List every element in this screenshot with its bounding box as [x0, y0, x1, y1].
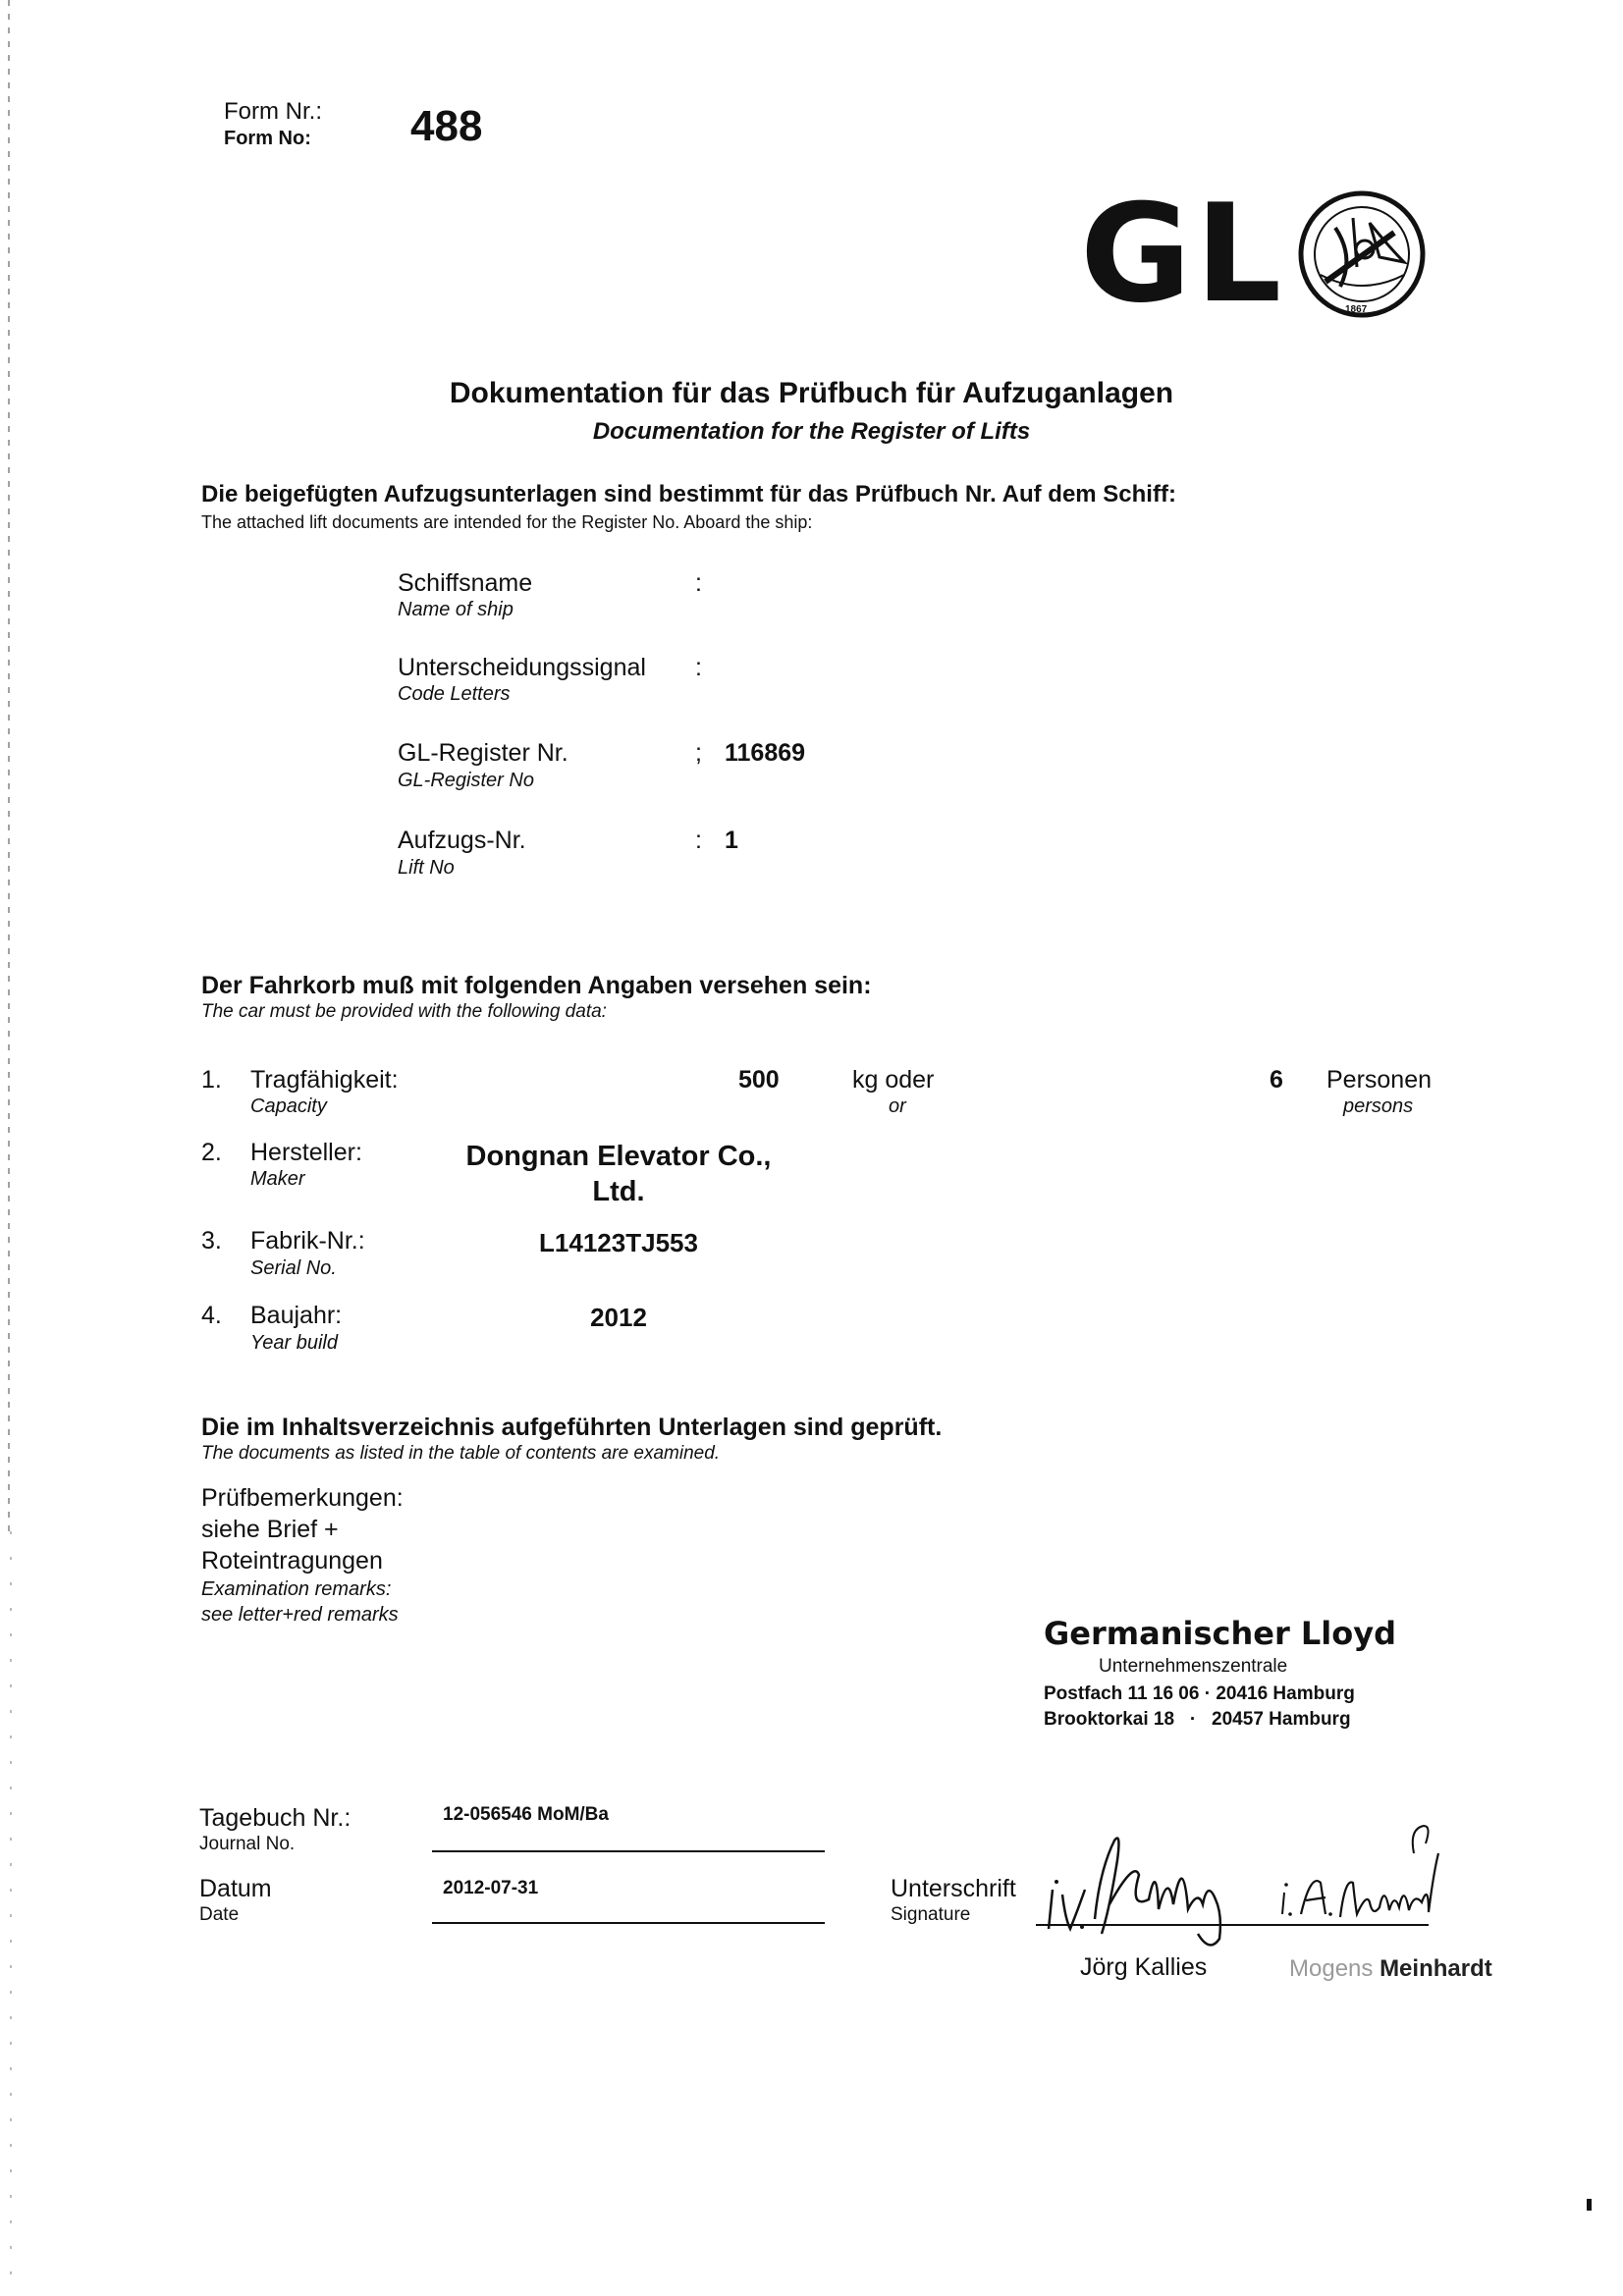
ship-name-separator: : [695, 569, 702, 598]
capacity-kg-unit: kg oder [852, 1066, 934, 1095]
germanischer-lloyd-seal-icon: 1867 [1296, 188, 1429, 321]
stamp-line-1: Unternehmenszentrale [1099, 1656, 1396, 1678]
scan-edge-artifact [8, 0, 10, 1531]
lift-number-value: 1 [725, 827, 738, 855]
signature-meinhardt [1276, 1824, 1512, 1932]
form-number-label-de: Form Nr.: [224, 98, 322, 126]
ship-name-label-de: Schiffsname [398, 569, 532, 598]
lift-number-label-en: Lift No [398, 857, 455, 880]
capacity-or-en: or [889, 1095, 906, 1118]
capacity-persons-unit: Personen [1326, 1066, 1432, 1095]
year-label-de: Baujahr: [250, 1302, 342, 1330]
form-number-label-en: Form No: [224, 128, 311, 150]
item-number: 3. [201, 1227, 222, 1255]
document-title-en: Documentation for the Register of Lifts [0, 418, 1623, 446]
intro-text-en: The attached lift documents are intended… [201, 512, 812, 533]
form-number: 488 [410, 102, 482, 151]
car-section-heading-de: Der Fahrkorb muß mit folgenden Angaben v… [201, 972, 872, 1000]
capacity-persons-value: 6 [1270, 1066, 1283, 1095]
serial-label-en: Serial No. [250, 1257, 337, 1280]
capacity-label-en: Capacity [250, 1095, 327, 1118]
gl-register-value: 116869 [725, 739, 805, 768]
item-number: 1. [201, 1066, 222, 1095]
stamp-line-2: Postfach 11 16 06 · 20416 Hamburg [1044, 1683, 1396, 1705]
date-label-de: Datum [199, 1875, 272, 1903]
signer-2-name: Mogens Meinhardt [1289, 1955, 1492, 1983]
journal-number-value: 12-056546 MoM/Ba [443, 1804, 609, 1826]
date-value: 2012-07-31 [443, 1878, 538, 1899]
signature-label-de: Unterschrift [891, 1875, 1016, 1903]
item-number: 2. [201, 1139, 222, 1167]
lift-number-label-de: Aufzugs-Nr. [398, 827, 526, 855]
serial-label-de: Fabrik-Nr.: [250, 1227, 365, 1255]
car-section-heading-en: The car must be provided with the follow… [201, 1001, 607, 1023]
signature-label-en: Signature [891, 1904, 970, 1926]
item-number: 4. [201, 1302, 222, 1330]
journal-label-de: Tagebuch Nr.: [199, 1804, 351, 1833]
examination-remarks: Prüfbemerkungen: siehe Brief + Roteintra… [201, 1482, 404, 1628]
year-value: 2012 [452, 1302, 785, 1334]
scan-edge-artifact [10, 1531, 12, 2277]
svg-text:1867: 1867 [1345, 304, 1368, 315]
capacity-label-de: Tragfähigkeit: [250, 1066, 399, 1095]
lift-number-separator: : [695, 827, 702, 855]
gl-register-separator: ; [695, 739, 702, 768]
intro-text-de: Die beigefügten Aufzugsunterlagen sind b… [201, 481, 1176, 508]
journal-label-en: Journal No. [199, 1834, 295, 1855]
code-letters-label-de: Unterscheidungssignal [398, 654, 646, 682]
gl-register-label-en: GL-Register No [398, 770, 534, 792]
maker-label-en: Maker [250, 1168, 305, 1191]
capacity-persons-unit-en: persons [1343, 1095, 1413, 1118]
capacity-kg-value: 500 [738, 1066, 780, 1095]
signature-kallies [1041, 1821, 1286, 1958]
company-stamp: Germanischer Lloyd Unternehmenszentrale … [1044, 1615, 1396, 1731]
serial-value: L14123TJ553 [452, 1227, 785, 1259]
maker-value: Dongnan Elevator Co., Ltd. [452, 1139, 785, 1210]
stamp-company-name: Germanischer Lloyd [1044, 1615, 1396, 1652]
ship-name-label-en: Name of ship [398, 599, 514, 621]
document-title-de: Dokumentation für das Prüfbuch für Aufzu… [0, 377, 1623, 410]
year-label-en: Year build [250, 1332, 338, 1355]
gl-register-label-de: GL-Register Nr. [398, 739, 568, 768]
examined-statement-de: Die im Inhaltsverzeichnis aufgeführten U… [201, 1414, 942, 1442]
scan-mark [1587, 2199, 1592, 2211]
date-label-en: Date [199, 1904, 239, 1926]
gl-logo: GL [1080, 187, 1285, 322]
signer-1-name: Jörg Kallies [1080, 1953, 1207, 1982]
journal-underline [432, 1850, 825, 1852]
date-underline [432, 1922, 825, 1924]
gl-logo-text: GL [1080, 175, 1285, 333]
stamp-line-3: Brooktorkai 18 · 20457 Hamburg [1044, 1709, 1396, 1731]
code-letters-separator: : [695, 654, 702, 682]
examined-statement-en: The documents as listed in the table of … [201, 1443, 720, 1465]
maker-label-de: Hersteller: [250, 1139, 362, 1167]
code-letters-label-en: Code Letters [398, 683, 511, 706]
